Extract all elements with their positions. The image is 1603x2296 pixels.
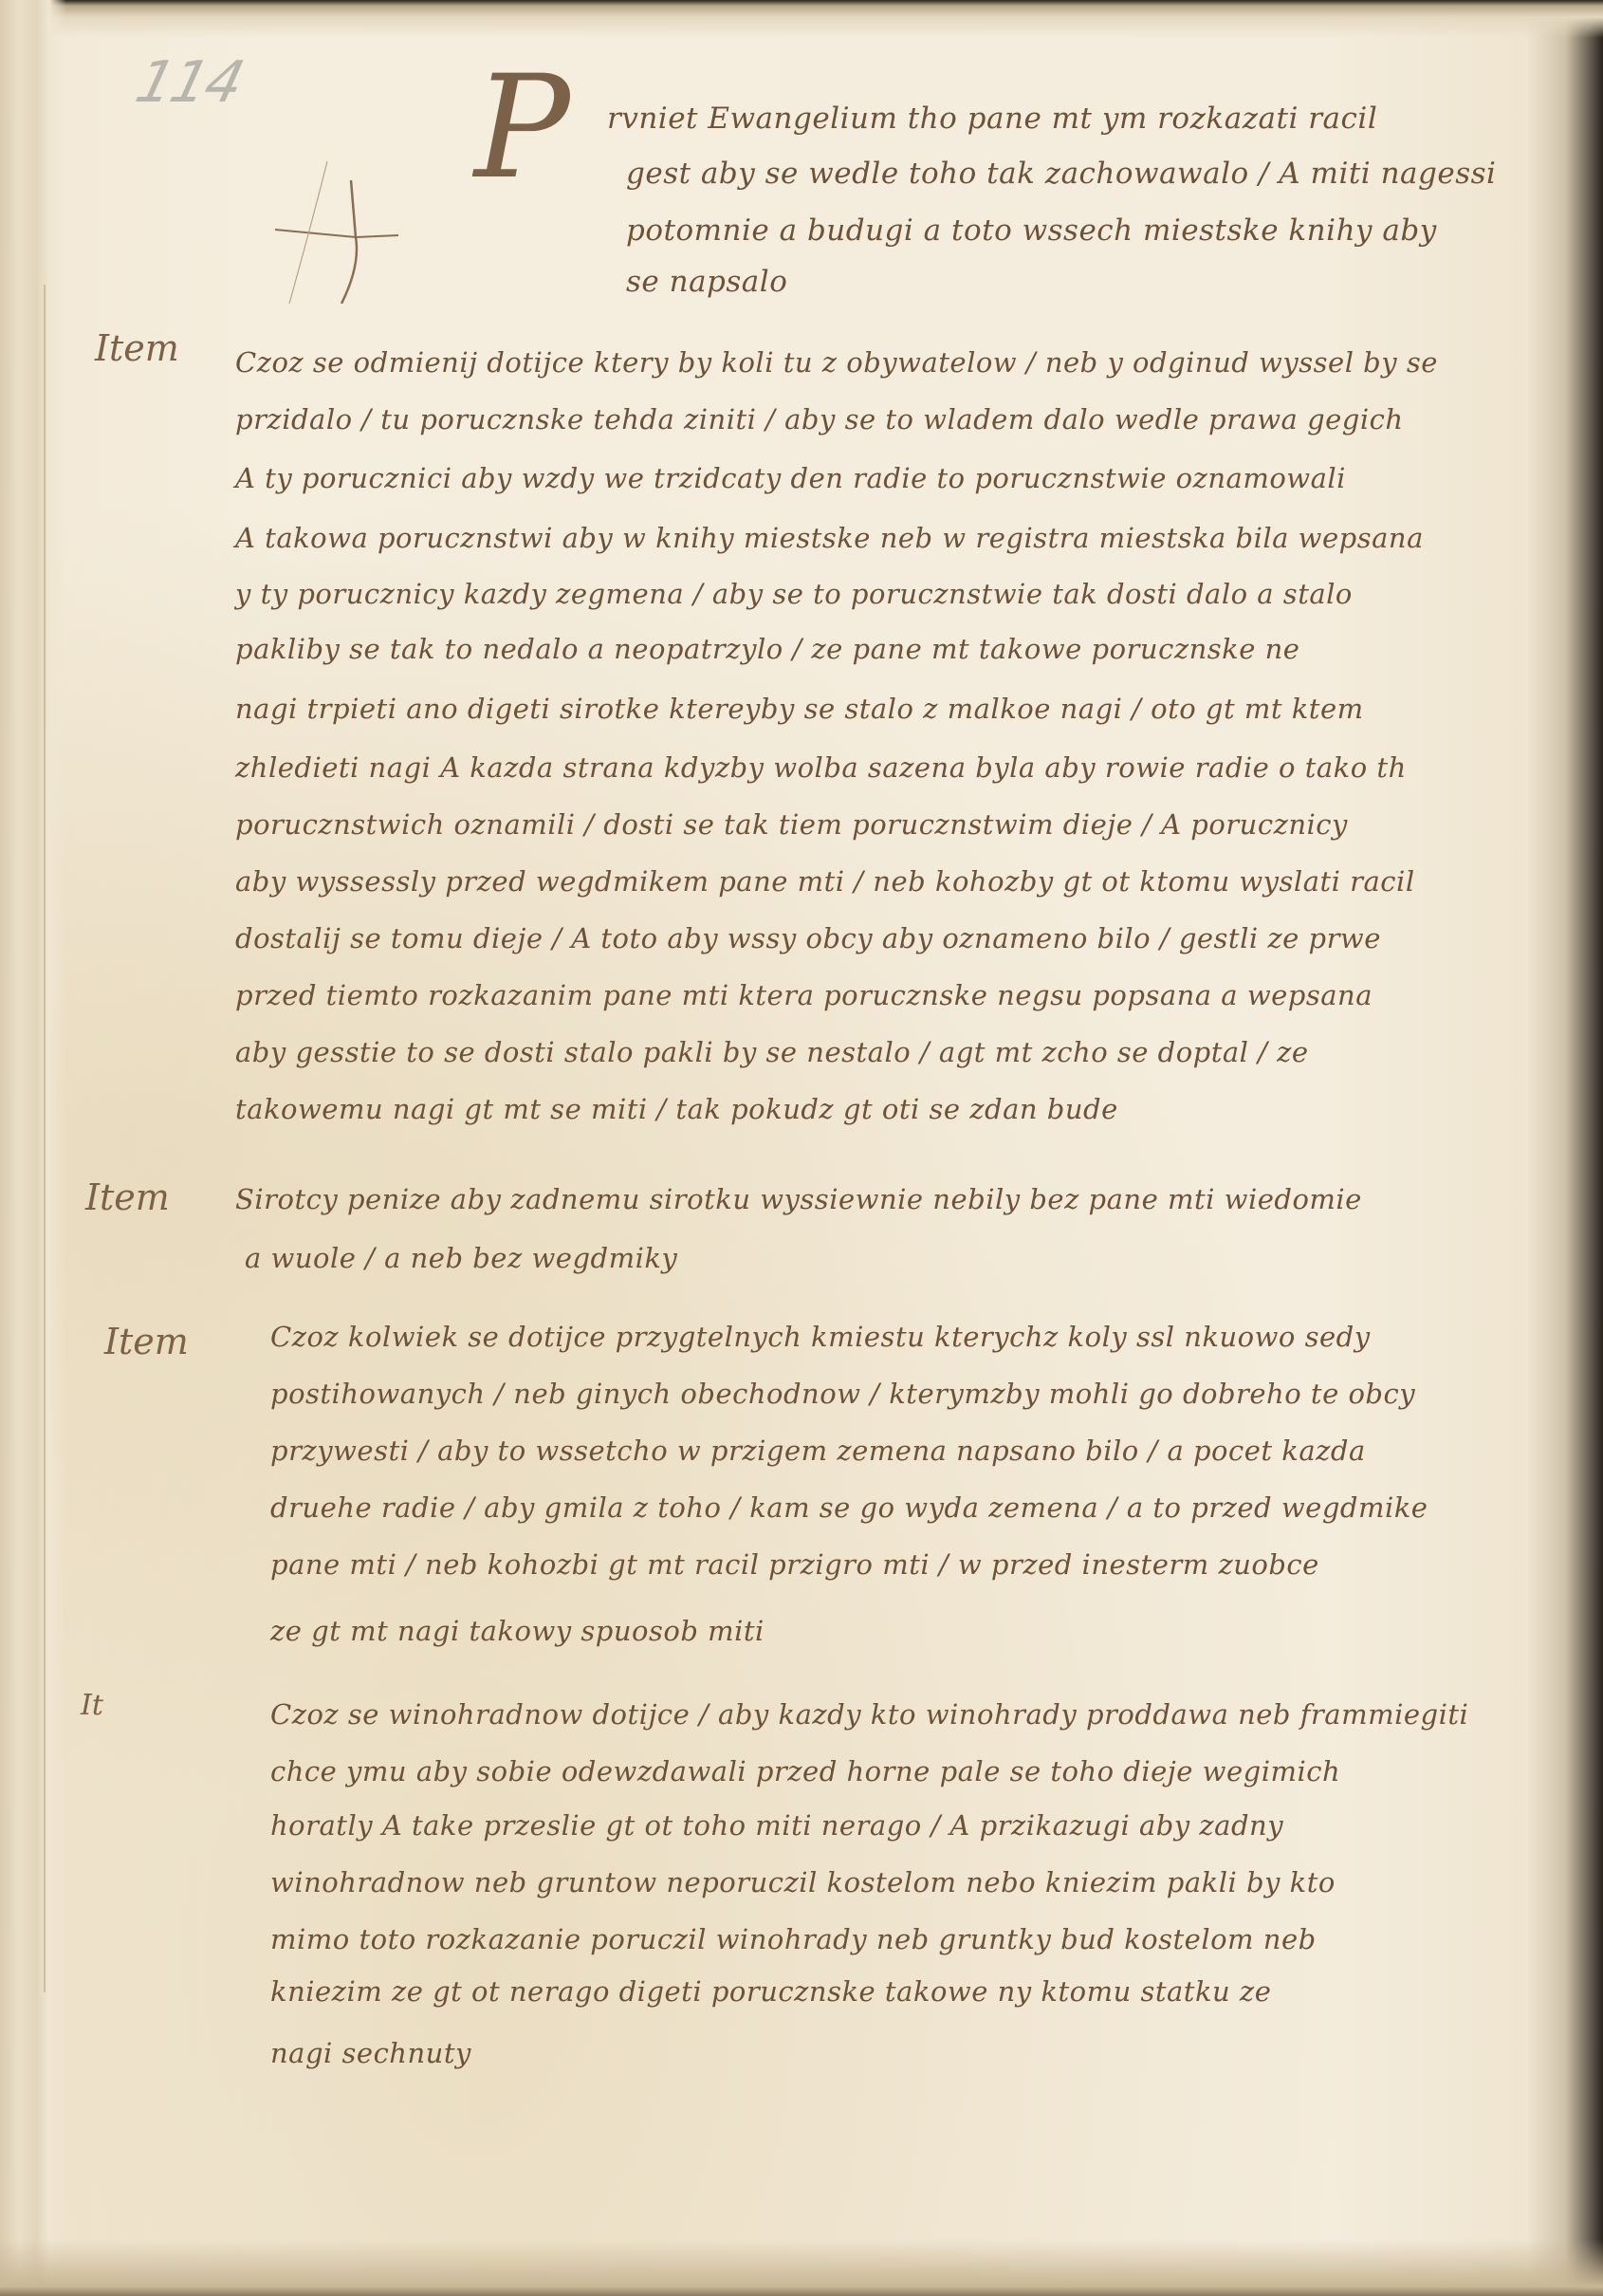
text-line: porucznstwich oznamili / dosti se tak ti… <box>235 811 1348 839</box>
text-line: pakliby se tak to nedalo a neopatrzylo /… <box>235 636 1299 663</box>
text-line: Czoz se odmienij dotijce ktery by koli t… <box>235 349 1438 377</box>
text-line: y ty porucznicy kazdy zegmena / aby se t… <box>235 581 1353 608</box>
text-line: A takowa porucznstwi aby w knihy miestsk… <box>235 525 1424 552</box>
text-line: postihowanych / neb ginych obechodnow / … <box>270 1380 1415 1408</box>
page-top-edge <box>0 0 1603 38</box>
text-line: takowemu nagi gt mt se miti / tak pokudz… <box>235 1096 1118 1123</box>
text-line: dostalij se tomu dieje / A toto aby wssy… <box>235 925 1381 953</box>
text-line: nagi sechnuty <box>270 2040 471 2067</box>
folio-number: 114 <box>129 49 249 116</box>
text-line: przywesti / aby to wssetcho w przigem ze… <box>270 1437 1366 1465</box>
marginal-item-note: Item <box>104 1321 189 1362</box>
text-line: aby wyssessly przed wegdmikem pane mti /… <box>235 868 1415 896</box>
text-line: potomnie a budugi a toto wssech miestske… <box>626 216 1437 246</box>
text-line: winohradnow neb gruntow neporuczil koste… <box>270 1869 1336 1897</box>
text-line: A ty porucznici aby wzdy we trzidcaty de… <box>235 465 1346 492</box>
text-line: aby gesstie to se dosti stalo pakli by s… <box>235 1039 1309 1066</box>
text-line: horatly A take przeslie gt ot toho miti … <box>270 1812 1283 1840</box>
text-line: chce ymu aby sobie odewzdawali przed hor… <box>270 1758 1340 1786</box>
manuscript-page: 114 P rvniet Ewangelium tho pane mt ym r… <box>0 0 1603 2296</box>
text-line: rvniet Ewangelium tho pane mt ym rozkaza… <box>607 104 1377 134</box>
text-line: zhledieti nagi A kazda strana kdyzby wol… <box>235 754 1407 782</box>
text-line: Czoz se winohradnow dotijce / aby kazdy … <box>270 1701 1468 1729</box>
page-bottom-edge <box>0 2239 1603 2296</box>
marginal-item-note: Item <box>85 1176 170 1218</box>
text-line: gest aby se wedle toho tak zachowawalo /… <box>626 159 1496 189</box>
text-line: Czoz kolwiek se dotijce przygtelnych kmi… <box>270 1324 1371 1351</box>
text-line: kniezim ze gt ot nerago digeti porucznsk… <box>270 1978 1271 2006</box>
text-line: se napsalo <box>626 268 787 297</box>
marginal-cross-mark-icon <box>266 161 417 304</box>
text-line: Sirotcy penize aby zadnemu sirotku wyssi… <box>235 1186 1362 1213</box>
decorated-initial: P <box>474 57 570 199</box>
marginal-item-note: It <box>81 1689 103 1722</box>
text-line: druehe radie / aby gmila z toho / kam se… <box>270 1494 1428 1522</box>
text-line: a wuole / a neb bez wegdmiky <box>245 1245 677 1272</box>
text-line: przed tiemto rozkazanim pane mti ktera p… <box>235 982 1373 1009</box>
marginal-item-note: Item <box>95 327 179 369</box>
text-line: mimo toto rozkazanie poruczil winohrady … <box>270 1926 1317 1953</box>
page-left-edge <box>0 0 66 2296</box>
text-line: pane mti / neb kohozbi gt mt racil przig… <box>270 1551 1319 1579</box>
text-line: przidalo / tu porucznske tehda ziniti / … <box>235 406 1404 434</box>
text-line: nagi trpieti ano digeti sirotke ktereyby… <box>235 695 1364 723</box>
text-line: ze gt mt nagi takowy spuosob miti <box>270 1618 765 1645</box>
